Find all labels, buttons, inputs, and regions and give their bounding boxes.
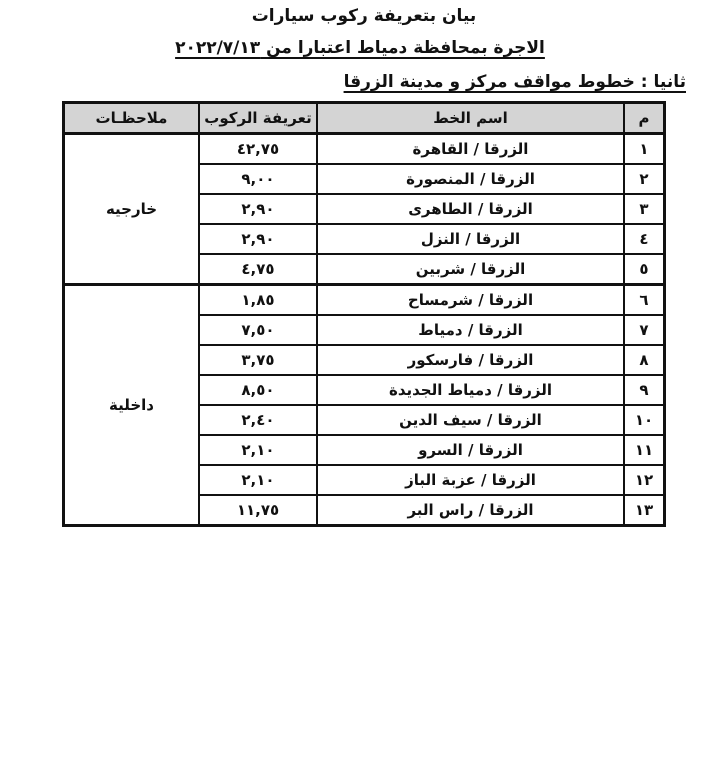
row-line-name: الزرقا / راس البر (317, 495, 624, 526)
section-heading: ثانيا : خطوط مواقف مركز و مدينة الزرقا (344, 72, 686, 92)
row-fare: ٧,٥٠ (199, 315, 317, 345)
header-no: م (624, 103, 665, 134)
row-no: ٨ (624, 345, 665, 375)
row-fare: ٤٢,٧٥ (199, 134, 317, 165)
table-row: ٦ الزرقا / شرمساح ١,٨٥ داخلية (64, 285, 665, 316)
row-line-name: الزرقا / السرو (317, 435, 624, 465)
header-notes: ملاحظـات (64, 103, 200, 134)
section-heading-text: ثانيا : خطوط مواقف مركز و مدينة الزرقا (344, 72, 686, 92)
row-line-name: الزرقا / شرمساح (317, 285, 624, 316)
document-subtitle-date: الاجرة بمحافظة دمياط اعتبارا من ٢٠٢٢/٧/١… (0, 38, 720, 58)
row-line-name: الزرقا / عزبة الباز (317, 465, 624, 495)
document-subtitle-text: الاجرة بمحافظة دمياط اعتبارا من ٢٠٢٢/٧/١… (175, 38, 545, 58)
row-no: ١٢ (624, 465, 665, 495)
document-title: بيان بتعريفة ركوب سيارات (0, 6, 720, 26)
row-no: ١٣ (624, 495, 665, 526)
notes-group-external: خارجيه (64, 134, 200, 285)
row-line-name: الزرقا / المنصورة (317, 164, 624, 194)
row-line-name: الزرقا / النزل (317, 224, 624, 254)
row-fare: ٣,٧٥ (199, 345, 317, 375)
row-no: ٣ (624, 194, 665, 224)
header-line-name: اسم الخط (317, 103, 624, 134)
row-fare: ٩,٠٠ (199, 164, 317, 194)
row-line-name: الزرقا / شربين (317, 254, 624, 285)
row-no: ٥ (624, 254, 665, 285)
row-line-name: الزرقا / دمياط الجديدة (317, 375, 624, 405)
header-fare: تعريفة الركوب (199, 103, 317, 134)
row-no: ٦ (624, 285, 665, 316)
row-fare: ١,٨٥ (199, 285, 317, 316)
table-header-row: م اسم الخط تعريفة الركوب ملاحظـات (64, 103, 665, 134)
row-line-name: الزرقا / سيف الدين (317, 405, 624, 435)
row-fare: ٨,٥٠ (199, 375, 317, 405)
row-fare: ٢,٩٠ (199, 224, 317, 254)
row-no: ٧ (624, 315, 665, 345)
fares-table: م اسم الخط تعريفة الركوب ملاحظـات ١ الزر… (62, 101, 666, 527)
row-no: ١ (624, 134, 665, 165)
row-fare: ٤,٧٥ (199, 254, 317, 285)
row-line-name: الزرقا / فارسكور (317, 345, 624, 375)
row-fare: ٢,٩٠ (199, 194, 317, 224)
row-line-name: الزرقا / الطاهرى (317, 194, 624, 224)
row-line-name: الزرقا / القاهرة (317, 134, 624, 165)
row-no: ٩ (624, 375, 665, 405)
notes-group-internal: داخلية (64, 285, 200, 526)
row-no: ٤ (624, 224, 665, 254)
row-fare: ١١,٧٥ (199, 495, 317, 526)
row-no: ١٠ (624, 405, 665, 435)
row-fare: ٢,١٠ (199, 435, 317, 465)
row-fare: ٢,٤٠ (199, 405, 317, 435)
table-row: ١ الزرقا / القاهرة ٤٢,٧٥ خارجيه (64, 134, 665, 165)
row-fare: ٢,١٠ (199, 465, 317, 495)
row-no: ٢ (624, 164, 665, 194)
row-line-name: الزرقا / دمياط (317, 315, 624, 345)
row-no: ١١ (624, 435, 665, 465)
